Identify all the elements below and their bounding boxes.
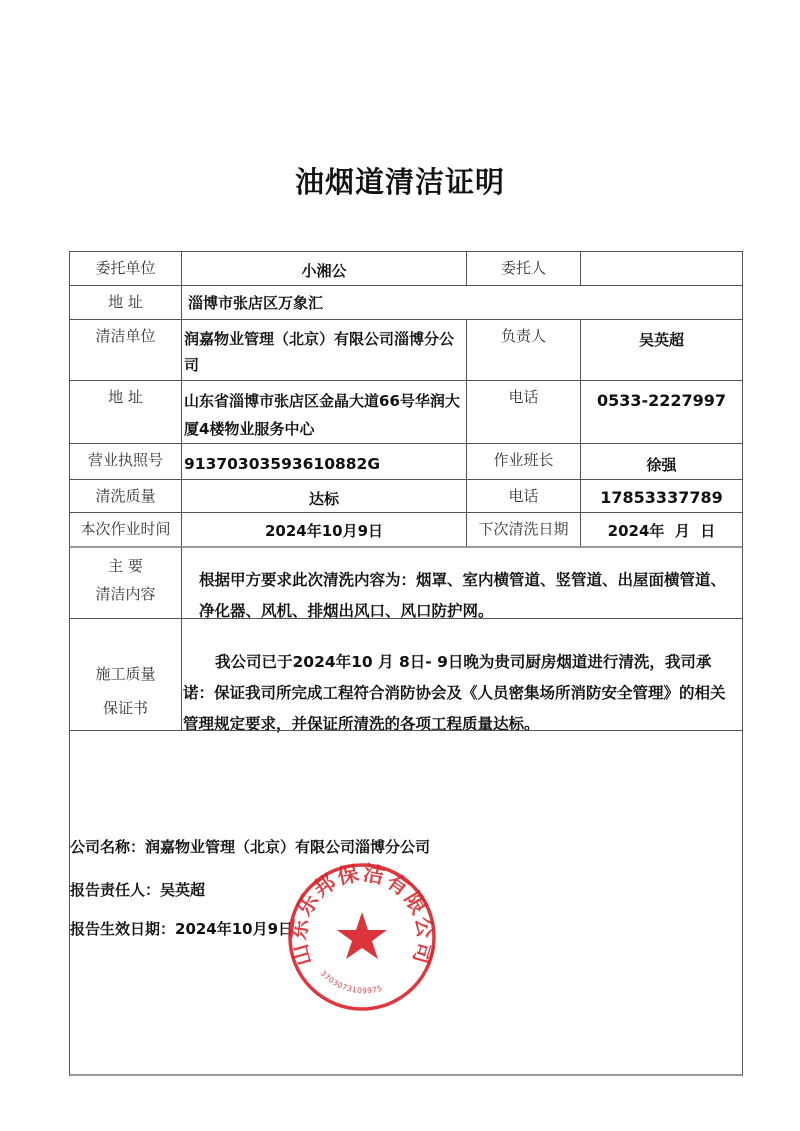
content-value: 根据甲方要求此次清洗内容为：烟罩、室内横管道、竖管道、出屋面横管道、净化器、风机… bbox=[181, 546, 743, 618]
license-value: 91370303593610882G bbox=[181, 443, 466, 479]
effective-date: 报告生效日期：2024年10月9日 bbox=[70, 918, 293, 939]
cleaning-unit-value: 润嘉物业管理（北京）有限公司淄博分公司 bbox=[181, 319, 466, 380]
license-label: 营业执照号 bbox=[69, 443, 181, 479]
next-date-value: 2024年 月 日 bbox=[580, 512, 743, 546]
cleaning-address-value: 山东省淄博市张店区金晶大道66号华润大厦4楼物业服务中心 bbox=[181, 380, 466, 443]
work-time-label: 本次作业时间 bbox=[69, 512, 181, 546]
work-time-value: 2024年10月9日 bbox=[181, 512, 466, 546]
cleaning-unit-label: 清洁单位 bbox=[69, 319, 181, 380]
team-leader-label: 作业班长 bbox=[466, 443, 580, 479]
guarantee-label-line2: 保证书 bbox=[70, 691, 181, 725]
client-address-value: 淄博市张店区万象汇 bbox=[181, 285, 743, 319]
team-leader-value: 徐强 bbox=[580, 443, 743, 479]
client-unit-value: 小湘公 bbox=[181, 251, 466, 285]
client-person-label: 委托人 bbox=[466, 251, 580, 285]
phone-label: 电话 bbox=[466, 380, 580, 443]
client-address-label: 地 址 bbox=[69, 285, 181, 319]
next-date-label: 下次清洗日期 bbox=[466, 512, 580, 546]
quality-label: 清洗质量 bbox=[69, 479, 181, 512]
responsible-label: 负责人 bbox=[466, 319, 580, 380]
content-label-line2: 清洁内容 bbox=[70, 580, 181, 608]
company-seal-icon: 山东乐邦保洁有限公司 3703073109975 bbox=[287, 862, 437, 1012]
company-name: 公司名称：润嘉物业管理（北京）有限公司淄博分公司 bbox=[70, 836, 430, 857]
client-person-value bbox=[580, 251, 743, 285]
document-title: 油烟道清洁证明 bbox=[0, 160, 800, 201]
responsible-value: 吴英超 bbox=[580, 319, 743, 380]
phone-value: 0533-2227997 bbox=[580, 380, 743, 443]
svg-text:3703073109975: 3703073109975 bbox=[319, 969, 384, 996]
phone2-label: 电话 bbox=[466, 479, 580, 512]
guarantee-value: 我公司已于2024年10 月 8日- 9日晚为贵司厨房烟道进行清洗，我司承诺：保… bbox=[181, 618, 743, 730]
client-unit-label: 委托单位 bbox=[69, 251, 181, 285]
content-label-line1: 主 要 bbox=[70, 552, 181, 580]
cleaning-address-label: 地 址 bbox=[69, 380, 181, 443]
guarantee-label: 施工质量 保证书 bbox=[69, 618, 181, 730]
phone2-value: 17853337789 bbox=[580, 479, 743, 512]
seal-number: 3703073109975 bbox=[319, 969, 384, 996]
content-label: 主 要 清洁内容 bbox=[69, 546, 181, 618]
report-person: 报告责任人：吴英超 bbox=[70, 879, 205, 900]
guarantee-label-line1: 施工质量 bbox=[70, 657, 181, 691]
quality-value: 达标 bbox=[181, 479, 466, 512]
